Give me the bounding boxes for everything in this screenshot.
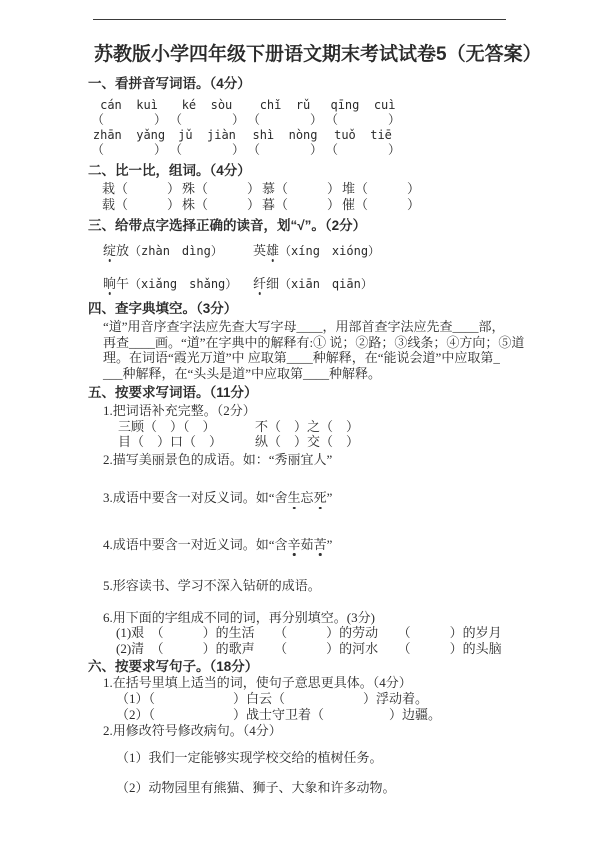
section-3-heading: 三、给带点字选择正确的读音，划“√”。（2分） xyxy=(88,218,508,234)
sentence-correction-2: （2）动物园里有熊猫、狮子、大象和许多动物。 xyxy=(116,780,508,796)
pronunciation-item: 绽放（zhàn dìng） xyxy=(103,243,253,259)
pronunciation-row-2: 晌午（xiǎng shǎng） 纤细（xiān qiān） xyxy=(103,276,508,292)
exam-page: 苏教版小学四年级下册语文期末考试试卷5（无答案） 一、看拼音写词语。（4分） c… xyxy=(0,0,596,842)
reading-options: （xíng xióng） xyxy=(279,244,380,258)
pinyin-row-1: cán kuì ké sòu chǐ rǔ qīng cuì xyxy=(90,98,508,113)
answer-blank: （ ） xyxy=(246,113,324,128)
dotted-char: 雄 xyxy=(266,243,279,258)
pinyin-word: cán kuì xyxy=(90,98,168,113)
question-5-6: 6.用下面的字组成不同的词，再分别填空。(3分) xyxy=(103,610,508,626)
answer-blank-row: （ ） （ ） （ ） （ ） xyxy=(90,113,508,128)
idiom-blank: 目（ ）口（ ） xyxy=(118,434,255,450)
idiom-fill-row-2: 目（ ）口（ ） 纵（ ）交（ ） xyxy=(118,434,508,450)
pinyin-word: tuǒ tiē xyxy=(324,128,402,143)
word-blank: 殊（ ） xyxy=(182,181,262,197)
pinyin-word: qīng cuì xyxy=(324,98,402,113)
idiom-blank: 纵（ ）交（ ） xyxy=(255,434,392,450)
exam-title: 苏教版小学四年级下册语文期末考试试卷5（无答案） xyxy=(94,44,508,66)
dictionary-paragraph-line: 再查____画。“道”在字典中的解释有:① 说；②路；③线条；④方向；⑤道 xyxy=(103,335,508,351)
question-5-1: 1.把词语补充完整。（2分） xyxy=(103,403,508,419)
question-5-5: 5.形容读书、学习不深入钻研的成语。 xyxy=(103,578,508,594)
header-rule xyxy=(93,19,506,20)
dictionary-paragraph-line: “道”用音序查字法应先查大写字母____，用部首查字法应先查____部， xyxy=(103,319,508,335)
reading-options: （xiǎng shǎng） xyxy=(129,277,237,291)
word-blank: 栽（ ） xyxy=(102,181,182,197)
question-5-2: 2.描写美丽景色的成语。如：“秀丽宜人” xyxy=(103,452,508,468)
question-6-1: 1.在括号里填上适当的词，使句子意思更具体。（4分） xyxy=(103,675,508,691)
answer-blank: （ ） xyxy=(168,143,246,158)
pinyin-word: jǔ jiàn xyxy=(168,128,246,143)
answer-blank: （ ） xyxy=(324,113,402,128)
question-text: 茹 xyxy=(301,537,314,552)
pinyin-word: ké sòu xyxy=(168,98,246,113)
word-compare-row-2: 载（ ） 株（ ） 暮（ ） 催（ ） xyxy=(102,197,508,213)
pronunciation-item: 晌午（xiǎng shǎng） xyxy=(103,276,253,292)
reading-options: （zhàn dìng） xyxy=(129,244,223,258)
question-text: ” xyxy=(327,490,333,505)
pronunciation-item: 纤细（xiān qiān） xyxy=(253,276,403,292)
idiom-blank: 三顾（ ）（ ） xyxy=(118,419,255,435)
section-2-heading: 二、比一比，组词。（4分） xyxy=(88,163,508,179)
question-5-4: 4.成语中要含一对近义词。如“含辛茹苦” xyxy=(103,537,508,553)
sentence-fill-2: （2）（ ）战士守卫着（ ）边疆。 xyxy=(116,707,508,723)
dotted-char: 生 xyxy=(288,490,301,506)
answer-blank: （ ） xyxy=(90,143,168,158)
plain-char: 细 xyxy=(266,276,279,291)
section-5-heading: 五、按要求写词语。（11分） xyxy=(88,385,508,401)
section-1-heading: 一、看拼音写词语。（4分） xyxy=(88,76,508,92)
word-blank: 催（ ） xyxy=(342,197,422,213)
dotted-char: 死 xyxy=(314,490,327,506)
section-6-heading: 六、按要求写句子。（18分） xyxy=(88,659,508,675)
plain-char: 午 xyxy=(116,276,129,291)
answer-blank: （ ） xyxy=(168,113,246,128)
question-text: 4.成语中要含一对近义词。如“含 xyxy=(103,537,288,552)
pronunciation-row-1: 绽放（zhàn dìng） 英雄（xíng xióng） xyxy=(103,243,508,259)
plain-char: 英 xyxy=(253,243,266,258)
pinyin-row-2: zhān yǎng jǔ jiàn shì nòng tuǒ tiē xyxy=(90,128,508,143)
answer-blank: （ ） xyxy=(90,113,168,128)
dotted-char: 绽 xyxy=(103,243,116,258)
question-6-2: 2.用修改符号修改病句。（4分） xyxy=(103,723,508,739)
answer-blank: （ ） xyxy=(246,143,324,158)
section-4-heading: 四、查字典填空。（3分） xyxy=(88,301,508,317)
pinyin-word: chǐ rǔ xyxy=(246,98,324,113)
word-blank: 堆（ ） xyxy=(342,181,422,197)
question-text: 3.成语中要含一对反义词。如“舍 xyxy=(103,490,288,505)
question-text: 忘 xyxy=(301,490,314,505)
dotted-char: 苦 xyxy=(314,537,327,553)
word-blank: 载（ ） xyxy=(102,197,182,213)
dictionary-paragraph-line: ___种解释，在“头头是道”中应取第____种解释。 xyxy=(103,366,508,382)
pronunciation-item: 英雄（xíng xióng） xyxy=(253,243,403,259)
question-5-3: 3.成语中要含一对反义词。如“舍生忘死” xyxy=(103,490,508,506)
answer-blank: （ ） xyxy=(324,143,402,158)
question-text: ” xyxy=(327,537,333,552)
word-blank: 慕（ ） xyxy=(262,181,342,197)
word-compare-row-1: 栽（ ） 殊（ ） 慕（ ） 堆（ ） xyxy=(102,181,508,197)
pinyin-word: shì nòng xyxy=(246,128,324,143)
word-blank: 株（ ） xyxy=(182,197,262,213)
idiom-blank: 不（ ）之（ ） xyxy=(255,419,392,435)
sentence-correction-1: （1）我们一定能够实现学校交给的植树任务。 xyxy=(116,750,508,766)
answer-blank-row: （ ） （ ） （ ） （ ） xyxy=(90,143,508,158)
word-fill-row-1: (1)艰 （ ）的生活 （ ）的劳动 （ ）的岁月 xyxy=(116,625,508,641)
sentence-fill-1: （1）（ ）白云（ ）浮动着。 xyxy=(116,691,508,707)
word-blank: 暮（ ） xyxy=(262,197,342,213)
pinyin-word: zhān yǎng xyxy=(90,128,168,143)
dotted-char: 晌 xyxy=(103,276,116,291)
reading-options: （xiān qiān） xyxy=(279,277,373,291)
word-fill-row-2: (2)清 （ ）的歌声 （ ）的河水 （ ）的头脑 xyxy=(116,641,508,657)
plain-char: 放 xyxy=(116,243,129,258)
dotted-char: 辛 xyxy=(288,537,301,553)
idiom-fill-row-1: 三顾（ ）（ ） 不（ ）之（ ） xyxy=(118,419,508,435)
dictionary-paragraph-line: 理。在词语“霞光万道”中 应取第____种解释，在“能说会道”中应取第_ xyxy=(103,350,508,366)
dotted-char: 纤 xyxy=(253,276,266,291)
